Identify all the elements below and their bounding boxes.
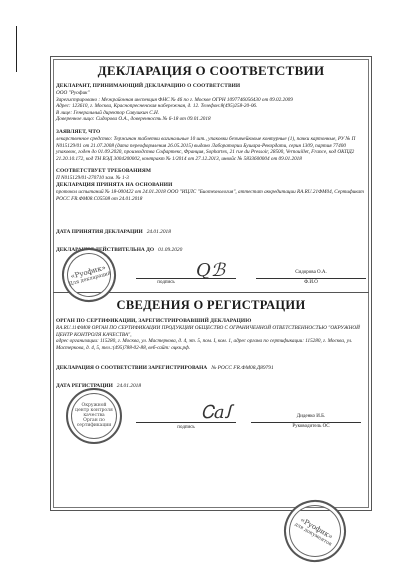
registered-label: ДЕКЛАРАЦИЯ О СООТВЕТСТВИИ ЗАРЕГИСТРИРОВА…: [56, 365, 207, 371]
declarant-company: ООО "Руофик": [56, 90, 366, 97]
declarant-heading: ДЕКЛАРАНТ, ПРИНИМАЮЩИЙ ДЕКЛАРАЦИЮ О СООТ…: [56, 83, 366, 90]
basis-text: протокол испытаний № 18-000422 от 24.01.…: [56, 189, 366, 202]
signer-name: Сидорова О.А.: [256, 270, 366, 275]
registration-body-name: RA.RU.11ФМ08 ОРГАН ПО СЕРТИФИКАЦИИ ПРОДУ…: [56, 325, 366, 338]
scan-margin-mark: [16, 26, 17, 72]
registered-value: № РОСС FR.ФМ08.Д89791: [211, 365, 273, 371]
signature-line: [136, 278, 236, 279]
registration-signature-block: Окружной центр контроля качества Орган п…: [56, 392, 366, 438]
signer-name: Диденко И.Б.: [256, 414, 366, 419]
name-line: [251, 422, 361, 423]
signature-line: [136, 422, 236, 423]
signature-caption: подпись: [166, 425, 206, 430]
declarant-proxy: Доверенное лицо: Сидорова О.А., доверенн…: [56, 116, 366, 123]
name-line: [256, 278, 366, 279]
name-caption: Руководитель ОС: [256, 424, 366, 429]
statement-heading: ЗАЯВЛЯЕТ, ЧТО: [56, 129, 366, 136]
date-accepted-value: 24.01.2018: [147, 229, 171, 235]
requirements-text: П N015129/01-270710 зам. № 1-3: [56, 175, 366, 182]
reg-date-label: ДАТА РЕГИСТРАЦИИ: [56, 383, 113, 389]
declaration-title: ДЕКЛАРАЦИЯ О СООТВЕТСТВИИ: [56, 63, 366, 79]
registration-body-address: адрес организации: 115280, г. Москва, ул…: [56, 338, 366, 351]
registered-row: ДЕКЛАРАЦИЯ О СООТВЕТСТВИИ ЗАРЕГИСТРИРОВА…: [56, 356, 366, 374]
date-accepted-row: ДАТА ПРИНЯТИЯ ДЕКЛАРАЦИИ 24.01.2018: [56, 220, 366, 238]
signature-caption: подпись: [136, 280, 196, 285]
date-accepted-label: ДАТА ПРИНЯТИЯ ДЕКЛАРАЦИИ: [56, 229, 143, 235]
reg-date-value: 24.01.2018: [117, 383, 141, 389]
registration-title: СВЕДЕНИЯ О РЕГИСТРАЦИИ: [56, 298, 366, 313]
declarant-address: Адрес: 123610, г. Москва, Краснопресненс…: [56, 103, 366, 110]
basis-heading: ДЕКЛАРАЦИЯ ПРИНЯТА НА ОСНОВАНИИ: [56, 182, 366, 189]
requirements-heading: СООТВЕТСТВУЕТ ТРЕБОВАНИЯМ: [56, 168, 366, 175]
stamp-text: сертификации: [77, 423, 111, 428]
declaration-document: ДЕКЛАРАЦИЯ О СООТВЕТСТВИИ ДЕКЛАРАНТ, ПРИ…: [56, 60, 366, 438]
statement-text: лекарственное средство: Тержинан таблетк…: [56, 136, 366, 162]
valid-until-value: 01.09.2020: [158, 247, 182, 253]
name-caption: Ф.И.О: [256, 280, 366, 285]
registration-stamp: Окружной центр контроля качества Орган п…: [66, 388, 122, 444]
registration-signature: Ꮯaꭍ: [201, 400, 231, 424]
declarant-signature-block: «Руофик» Для деклараций Qℬ подпись Сидор…: [56, 256, 366, 292]
